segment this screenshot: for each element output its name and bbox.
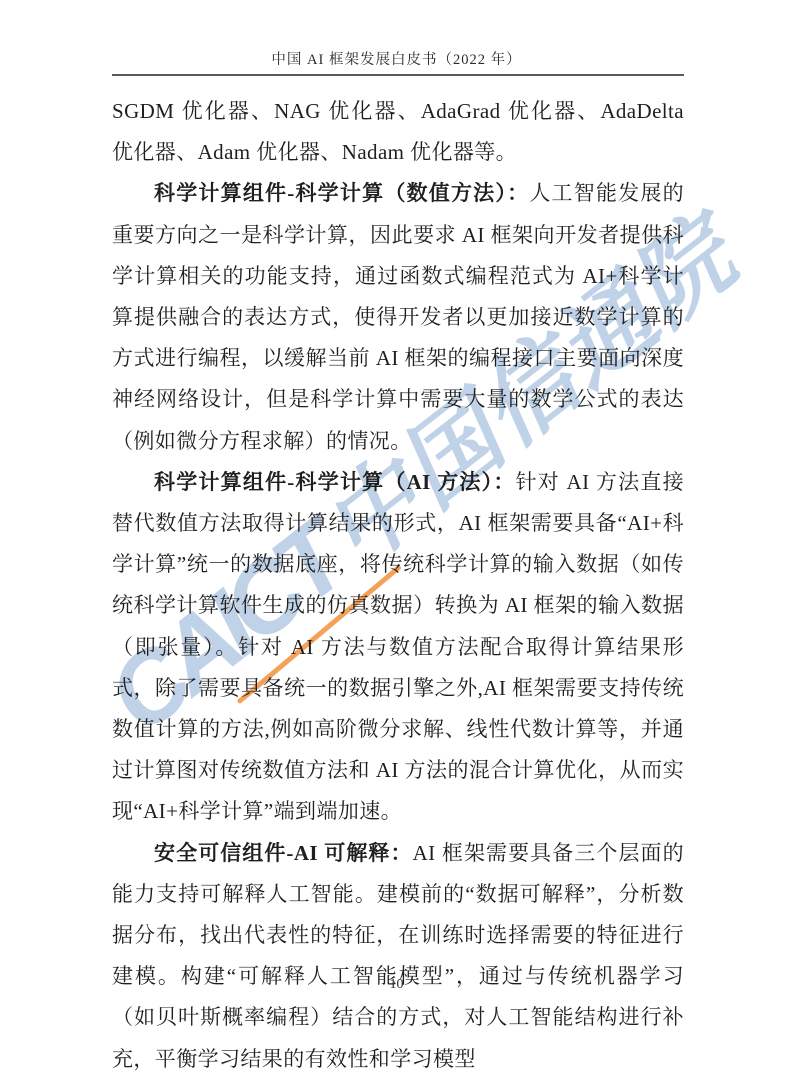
paragraph-text: SGDM 优化器、NAG 优化器、AdaGrad 优化器、AdaDelta 优化… bbox=[112, 99, 684, 164]
paragraph-scientific-computing-numerical: 科学计算组件-科学计算（数值方法）：人工智能发展的重要方向之一是科学计算，因此要… bbox=[112, 173, 684, 461]
paragraph-lead: 科学计算组件-科学计算（AI 方法）： bbox=[154, 470, 516, 494]
paragraph-text: AI 框架需要具备三个层面的能力支持可解释人工智能。建模前的“数据可解释”，分析… bbox=[112, 841, 684, 1071]
document-page: 中国 AI 框架发展白皮书（2022 年） CAICT中国信通院 SGDM 优化… bbox=[0, 0, 793, 1077]
paragraph-trustworthy-ai-explainability: 安全可信组件-AI 可解释：AI 框架需要具备三个层面的能力支持可解释人工智能。… bbox=[112, 833, 684, 1077]
paragraph-lead: 科学计算组件-科学计算（数值方法）： bbox=[154, 181, 529, 205]
paragraph-scientific-computing-ai: 科学计算组件-科学计算（AI 方法）：针对 AI 方法直接替代数值方法取得计算结… bbox=[112, 462, 684, 833]
header-divider-line bbox=[112, 74, 684, 76]
body-text: SGDM 优化器、NAG 优化器、AdaGrad 优化器、AdaDelta 优化… bbox=[112, 91, 684, 1077]
page-number: 10 bbox=[0, 977, 793, 993]
paragraph-optimizers: SGDM 优化器、NAG 优化器、AdaGrad 优化器、AdaDelta 优化… bbox=[112, 91, 684, 173]
page-header-title: 中国 AI 框架发展白皮书（2022 年） bbox=[0, 48, 793, 69]
paragraph-text: 人工智能发展的重要方向之一是科学计算，因此要求 AI 框架向开发者提供科学计算相… bbox=[112, 181, 684, 452]
paragraph-text: 针对 AI 方法直接替代数值方法取得计算结果的形式，AI 框架需要具备“AI+科… bbox=[112, 470, 684, 824]
paragraph-lead: 安全可信组件-AI 可解释： bbox=[154, 841, 413, 865]
